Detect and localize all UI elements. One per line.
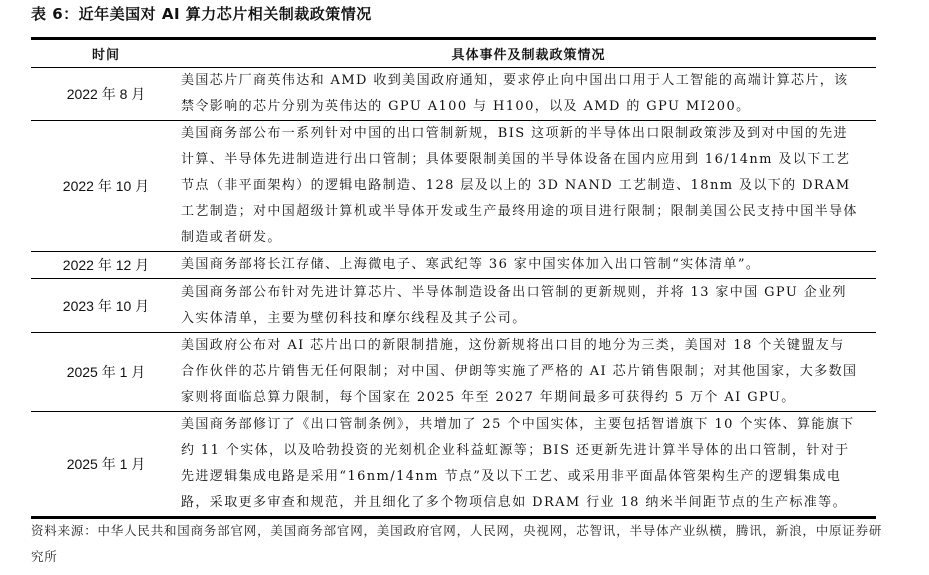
- header-desc: 具体事件及制裁政策情况: [181, 39, 876, 68]
- table-title: 表 6：近年美国对 AI 算力芯片相关制裁政策情况: [31, 3, 372, 24]
- table-row: 2022 年 10 月 美国商务部公布一系列针对中国的出口管制新规，BIS 这项…: [31, 121, 876, 252]
- row-date: 2025 年 1 月: [31, 412, 181, 518]
- table-row: 2022 年 12 月 美国商务部将长江存储、上海微电子、寒武纪等 36 家中国…: [31, 252, 876, 279]
- row-desc: 美国商务部公布针对先进计算芯片、半导体制造设备出口管制的更新规则，并将 13 家…: [181, 280, 876, 332]
- table-row: 2023 年 10 月 美国商务部公布针对先进计算芯片、半导体制造设备出口管制的…: [31, 279, 876, 333]
- row-desc: 美国商务部公布一系列针对中国的出口管制新规，BIS 这项新的半导体出口限制政策涉…: [181, 121, 876, 251]
- row-desc: 美国商务部将长江存储、上海微电子、寒武纪等 36 家中国实体加入出口管制“实体清…: [181, 252, 876, 278]
- table-row: 2025 年 1 月 美国商务部修订了《出口管制条例》，共增加了 25 个中国实…: [31, 412, 876, 518]
- row-desc: 美国芯片厂商英伟达和 AMD 收到美国政府通知，要求停止向中国出口用于人工智能的…: [181, 68, 876, 120]
- table-header-row: 时间 具体事件及制裁政策情况: [31, 39, 876, 68]
- sanctions-table: 时间 具体事件及制裁政策情况 2022 年 8 月 美国芯片厂商英伟达和 AMD…: [31, 37, 876, 519]
- table-row: 2022 年 8 月 美国芯片厂商英伟达和 AMD 收到美国政府通知，要求停止向…: [31, 68, 876, 121]
- row-desc: 美国商务部修订了《出口管制条例》，共增加了 25 个中国实体，主要包括智谱旗下 …: [181, 412, 876, 516]
- row-date: 2022 年 8 月: [31, 68, 181, 121]
- table-row: 2025 年 1 月 美国政府公布对 AI 芯片出口的新限制措施，这份新规将出口…: [31, 333, 876, 412]
- row-date: 2022 年 12 月: [31, 252, 181, 279]
- row-date: 2023 年 10 月: [31, 279, 181, 333]
- source-note: 资料来源：中华人民共和国商务部官网，美国商务部官网，美国政府官网，人民网，央视网…: [31, 518, 891, 570]
- row-date: 2025 年 1 月: [31, 333, 181, 412]
- row-desc: 美国政府公布对 AI 芯片出口的新限制措施，这份新规将出口目的地分为三类，美国对…: [181, 333, 876, 411]
- header-date: 时间: [31, 39, 181, 68]
- row-date: 2022 年 10 月: [31, 121, 181, 252]
